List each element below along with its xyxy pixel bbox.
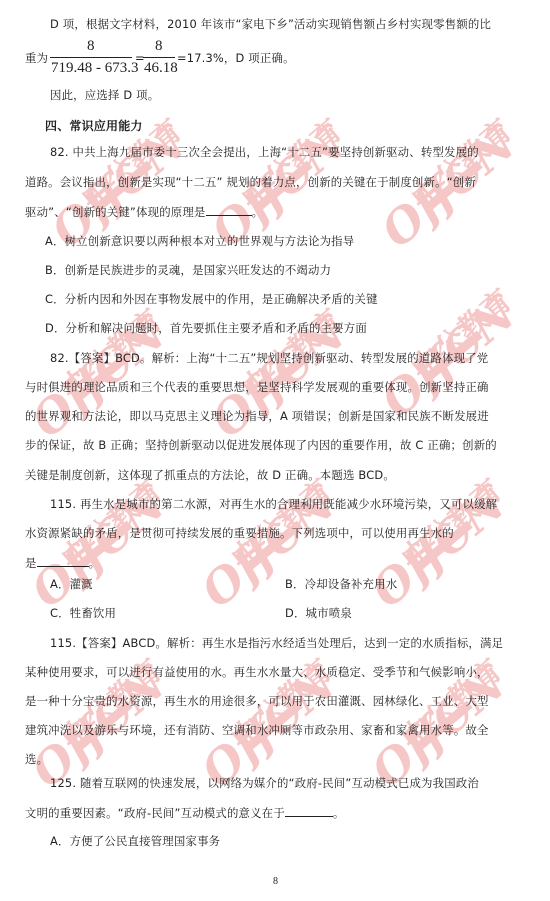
prev-answer-line: D 项，根据文字材料，2010 年该市“家电下乡”活动实现销售额占乡村实现零售额… [50,16,491,32]
fraction-2-bar [143,57,175,58]
question-115-stem: 是。 [25,554,100,571]
question-115-option-c: C．牲畜饮用 [50,605,116,621]
watermark-text: 中公教育 [390,467,510,578]
question-115-option-a: A．灌溉 [50,576,93,592]
question-82-answer: 的世界观和方法论，即以马克思主义理论为指导，A 项错误；创新是国家和民族不断发展… [25,408,489,424]
watermark-text: 中公教育 [230,107,350,218]
fraction-2-denominator: 46.18 [144,60,178,77]
question-82-answer: 与时俱进的理论品质和三个代表的重要思想，是坚持科学发展观的重要体现。创新坚持正确 [25,379,489,395]
question-82-stem: 道路。会议指出，创新是实现“十二五” 规划的着力点，创新的关键在于制度创新。“创… [25,174,476,190]
question-115-answer: 建筑冲洗以及游乐与环境，还有消防、空调和水冲厕等市政杂用、家畜和家禽用水等。故全 [25,722,489,738]
stem-end: 。 [89,556,101,570]
question-82-option-a: A．树立创新意识要以两种根本对立的世界观与方法论为指导 [45,233,354,249]
prev-answer-prefix: 重为 [25,50,48,66]
stem-end: 。 [333,806,345,820]
prev-answer-result: =17.3%，D 项正确。 [177,50,295,66]
fraction-1-denominator: 719.48 - 673.3 [51,60,139,77]
question-125-stem: 文明的重要因素。“政府-民间”互动模式的意义在于。 [25,804,345,821]
question-115-option-d: D．城市喷泉 [285,605,352,621]
question-82-option-c: C．分析内因和外因在事物发展中的作用，是正确解决矛盾的关键 [45,291,378,307]
question-115-answer: 115.【答案】ABCD。解析：再生水是指污水经适当处理后，达到一定的水质指标，… [50,635,503,651]
fraction-2-numerator: 8 [155,38,163,55]
document-page: OffCN 中公教育 OffCN 中公教育 OffCN 中公教育 OffCN 中… [0,0,550,901]
question-115-answer: 是一种十分宝贵的水资源，再生水的用途很多，可以用于农田灌溉、园林绿化、工业、大型 [25,693,489,709]
page-number: 8 [273,876,278,887]
question-115-stem: 115. 再生水是城市的第二水源，对再生水的合理利用既能减少水环境污染，又可以缓… [50,496,497,512]
question-115-stem: 水资源紧缺的矛盾，是贯彻可持续发展的重要措施。下列选项中，可以使用再生水的 [25,525,454,541]
question-125-stem-text: 文明的重要因素。“政府-民间”互动模式的意义在于 [25,806,285,820]
answer-blank [206,203,252,216]
question-115-option-b: B．冷却设备补充用水 [285,576,397,592]
question-82-stem: 82. 中共上海九届市委十三次全会提出，上海“十二五”要坚持创新驱动、转型发展的 [50,144,479,160]
question-125-stem: 125. 随着互联网的快速发展，以网络为媒介的“政府-民间”互动模式已成为我国政… [50,775,479,791]
question-82-stem-text: 驱动”、“创新的关键”体现的原理是 [25,205,206,219]
question-115-answer: 选。 [25,751,48,767]
watermark-text: 中公教育 [220,467,340,578]
watermark-text: 中公教育 [400,107,520,218]
question-82-option-b: B．创新是民族进步的灵魂，是国家兴旺发达的不竭动力 [45,262,331,278]
question-125-option-a: A．方便了公民直接管理国家事务 [50,833,220,849]
question-115-answer: 某种使用要求，可以进行有益使用的水。再生水水量大、水质稳定、受季节和气候影响小， [25,664,489,680]
stem-end: 。 [252,205,264,219]
question-82-option-d: D．分析和解决问题时，首先要抓住主要矛盾和矛盾的主要方面 [45,320,367,336]
watermark-text: 中公教育 [400,277,520,388]
prev-answer-conclusion: 因此，应选择 D 项。 [50,87,159,103]
fraction-1-numerator: 8 [87,38,95,55]
section-title: 四、常识应用能力 [45,118,143,134]
question-82-answer: 步的保证，故 B 正确；坚持创新驱动以促进发展体现了内因的重要作用，故 C 正确… [25,437,497,453]
question-82-stem: 驱动”、“创新的关键”体现的原理是。 [25,203,263,220]
answer-blank [37,554,89,567]
question-82-answer: 82.【答案】BCD。解析：上海“十二五”规划坚持创新驱动、转型发展的道路体现了… [50,350,488,366]
answer-blank [285,804,333,817]
question-115-stem-text: 是 [25,556,37,570]
fraction-1-bar [50,57,132,58]
question-82-answer: 关键是制度创新，这体现了抓重点的方法论，故 D 正确。本题选 BCD。 [25,467,395,483]
